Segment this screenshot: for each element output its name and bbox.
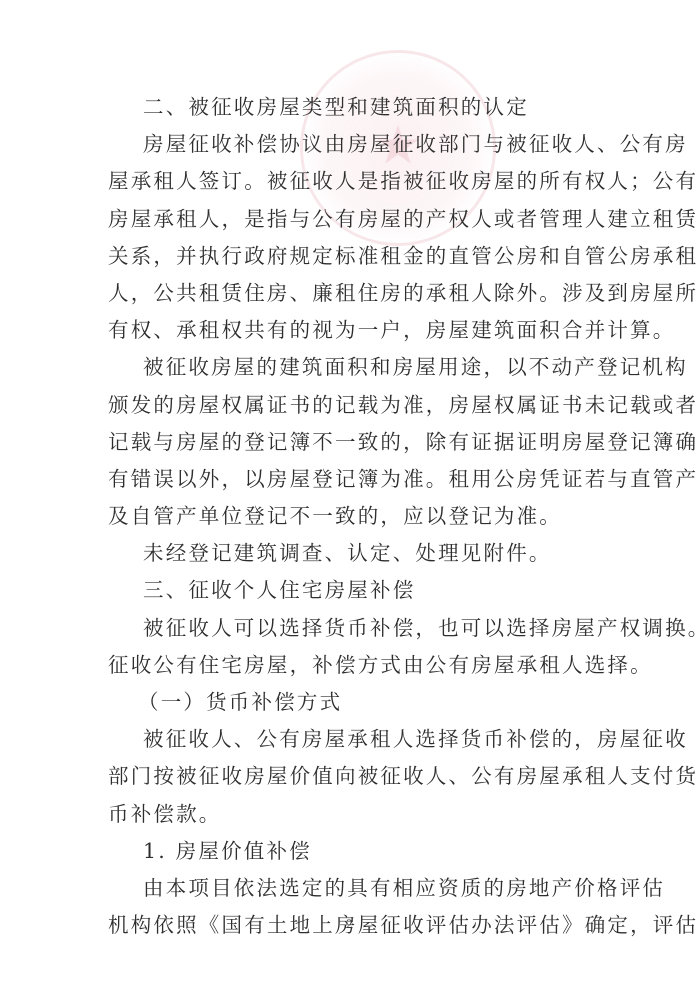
paragraph-line: 关系，并执行政府规定标准租金的直管公房和自管公房承租 xyxy=(108,238,588,275)
paragraph-line: 有错误以外，以房屋登记簿为准。租用公房凭证若与直管产 xyxy=(108,461,588,498)
paragraph-line: 人，公共租赁住房、廉租住房的承租人除外。涉及到房屋所 xyxy=(108,275,588,312)
page-number: 2 xyxy=(0,916,699,932)
paragraph-line: 记载与房屋的登记簿不一致的，除有证据证明房屋登记簿确 xyxy=(108,424,588,461)
paragraph-line: 有权、承租权共有的视为一户，房屋建筑面积合并计算。 xyxy=(108,312,588,349)
paragraph-line: 由本项目依法选定的具有相应资质的房地产价格评估 xyxy=(108,870,588,907)
document-page: ★ 二、被征收房屋类型和建筑面积的认定 房屋征收补偿协议由房屋征收部门与被征收人… xyxy=(0,0,699,989)
paragraph-line: 未经登记建筑调查、认定、处理见附件。 xyxy=(108,535,588,572)
paragraph-line: 房屋承租人，是指与公有房屋的产权人或者管理人建立租赁 xyxy=(108,201,588,238)
paragraph-line: 被征收人、公有房屋承租人选择货币补偿的，房屋征收 xyxy=(108,721,588,758)
paragraph-line: 被征收房屋的建筑面积和房屋用途，以不动产登记机构 xyxy=(108,349,588,386)
paragraph-line: 房屋征收补偿协议由房屋征收部门与被征收人、公有房 xyxy=(108,126,588,163)
paragraph-line: 颁发的房屋权属证书的记载为准，房屋权属证书未记载或者 xyxy=(108,387,588,424)
section-heading-2: 二、被征收房屋类型和建筑面积的认定 xyxy=(108,89,588,126)
paragraph-line: 屋承租人签订。被征收人是指被征收房屋的所有权人；公有 xyxy=(108,163,588,200)
paragraph-line: 被征收人可以选择货币补偿，也可以选择房屋产权调换。 xyxy=(108,610,588,647)
item-heading-1: 1. 房屋价值补偿 xyxy=(108,833,588,870)
paragraph-line: 部门按被征收房屋价值向被征收人、公有房屋承租人支付货 xyxy=(108,758,588,795)
section-heading-3: 三、征收个人住宅房屋补偿 xyxy=(108,572,588,609)
paragraph-line: 币补偿款。 xyxy=(108,796,588,833)
document-body: 二、被征收房屋类型和建筑面积的认定 房屋征收补偿协议由房屋征收部门与被征收人、公… xyxy=(108,89,588,944)
subsection-heading-1: （一）货币补偿方式 xyxy=(108,684,588,721)
paragraph-line: 征收公有住宅房屋，补偿方式由公有房屋承租人选择。 xyxy=(108,647,588,684)
paragraph-line: 及自管产单位登记不一致的，应以登记为准。 xyxy=(108,498,588,535)
